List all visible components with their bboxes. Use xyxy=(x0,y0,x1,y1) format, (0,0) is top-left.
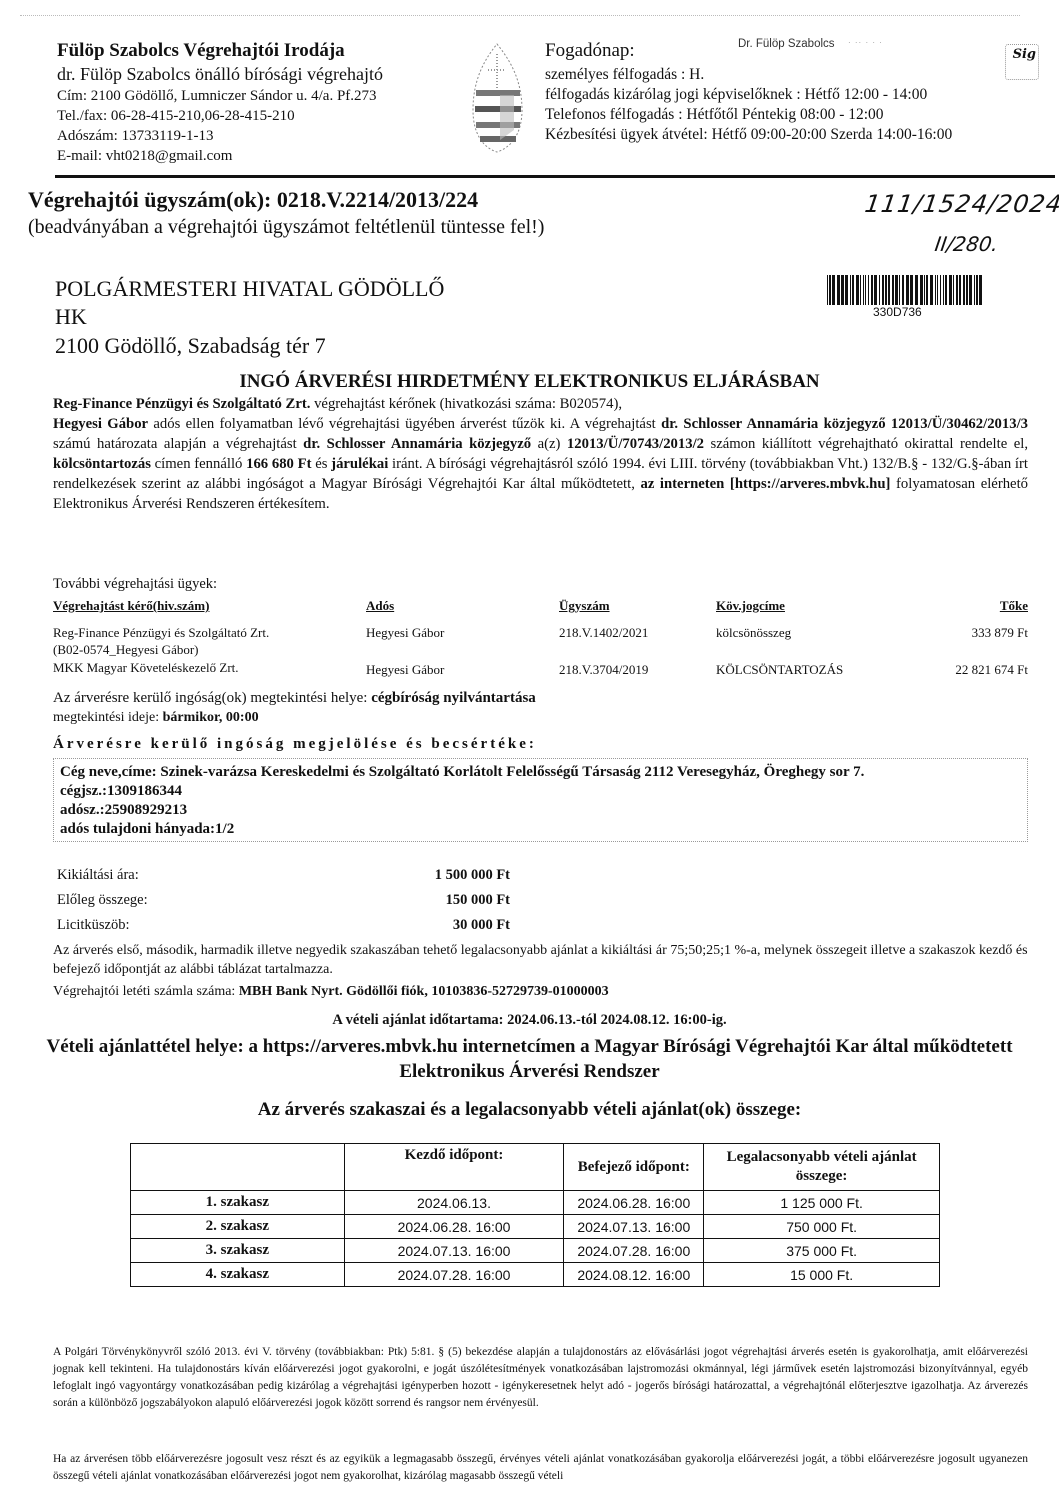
barcode-number: 330D736 xyxy=(873,305,922,319)
inspection-place-label: Az árverésre kerülő ingóság(ok) megtekin… xyxy=(53,690,371,706)
auction-stages-table: Kezdő időpont: Befejező időpont: Legalac… xyxy=(130,1143,940,1287)
stage-row: 1. szakasz2024.06.13.2024.06.28. 16:001 … xyxy=(131,1191,940,1215)
further-cases-title: További végrehajtási ügyek: xyxy=(53,576,217,593)
intro-text: adós ellen folyamatban lévő végrehajtási… xyxy=(148,416,661,432)
case-row-2-legal-title: KÖLCSÖNTARTOZÁS xyxy=(716,662,843,678)
offer-period-value: 2024.06.13.-tól 2024.08.12. 16:00-ig. xyxy=(507,1012,727,1028)
signature-mark: Sig xyxy=(1005,44,1039,80)
escrow-account-label: Végrehajtói letéti számla száma: xyxy=(53,984,239,999)
case-row-1-case-number: 218.V.1402/2021 xyxy=(559,625,648,641)
auction-website-link[interactable]: az interneten [https://arveres.mbvk.hu] xyxy=(640,476,890,492)
item-description-box: Cég neve,címe: Szinek-varázsa Kereskedel… xyxy=(53,758,1028,842)
stage-row: 3. szakasz2024.07.13. 16:002024.07.28. 1… xyxy=(131,1239,940,1263)
stage-name: 3. szakasz xyxy=(131,1239,345,1263)
case-row-1-legal-title: kölcsönösszeg xyxy=(716,625,791,641)
deposit-value: 150 000 Ft xyxy=(320,892,510,909)
claim-type: kölcsöntartozás xyxy=(53,456,151,472)
inspection-place-value: cégbíróság nyilvántartása xyxy=(371,690,536,706)
col-header-creditor: Végrehajtást kérő(hiv.szám) xyxy=(53,598,209,614)
claim-amount: 166 680 Ft xyxy=(246,456,311,472)
office-name: Fülöp Szabolcs Végrehajtói Irodája xyxy=(57,40,345,62)
case-row-1-creditor: Reg-Finance Pénzügyi és Szolgáltató Zrt. xyxy=(53,625,269,641)
stage-name: 1. szakasz xyxy=(131,1191,345,1215)
stage-min-offer: 1 125 000 Ft. xyxy=(704,1191,940,1215)
case-row-2-principal: 22 821 674 Ft xyxy=(890,662,1028,678)
stage-row: 4. szakasz2024.07.28. 16:002024.08.12. 1… xyxy=(131,1263,940,1287)
notary-ref-1: dr. Schlosser Annamária közjegyző 12013/… xyxy=(661,416,1028,432)
reception-title: Fogadónap: xyxy=(545,40,635,62)
item-section-title: Árverésre kerülő ingóság megjelölése és … xyxy=(53,736,537,753)
creditor-name: Reg-Finance Pénzügyi és Szolgáltató Zrt. xyxy=(53,396,310,412)
item-ownership-share: adós tulajdoni hányada:1/2 xyxy=(60,820,1021,839)
item-company-name: Cég neve,címe: Szinek-varázsa Kereskedel… xyxy=(60,763,1021,782)
case-row-1-debtor: Hegyesi Gábor xyxy=(366,625,444,641)
intro-text: számú határozata alapján a végrehajtást xyxy=(53,436,303,452)
office-tax-number: Adószám: 13733119-1-13 xyxy=(57,128,214,145)
footer-preemption-paragraph: A Polgári Törvénykönyvről szóló 2013. év… xyxy=(53,1344,1028,1412)
recipient-name: POLGÁRMESTERI HIVATAL GÖDÖLLŐ xyxy=(55,276,444,302)
header-empty xyxy=(131,1144,345,1191)
inspection-time-label: megtekintési ideje: xyxy=(53,710,163,725)
item-tax-number: adósz.:25908929213 xyxy=(60,801,1021,820)
scan-artifact-line xyxy=(20,15,1020,17)
offer-period-label: A vételi ajánlat időtartama: xyxy=(332,1012,507,1028)
notice-intro-paragraph: Reg-Finance Pénzügyi és Szolgáltató Zrt.… xyxy=(53,394,1028,514)
notary-ref-2: dr. Schlosser Annamária közjegyző xyxy=(303,436,531,452)
stamp-artifact: · ·· · · · xyxy=(848,38,883,47)
stage-end: 2024.07.28. 16:00 xyxy=(564,1239,704,1263)
escrow-account: Végrehajtói letéti számla száma: MBH Ban… xyxy=(53,984,609,1000)
intro-text: végrehajtást kérőnek (hivatkozási száma:… xyxy=(310,396,622,412)
col-header-debtor: Adós xyxy=(366,598,394,614)
stage-min-offer: 15 000 Ft. xyxy=(704,1263,940,1287)
stage-row: 2. szakasz2024.06.28. 16:002024.07.13. 1… xyxy=(131,1215,940,1239)
offer-place: Vételi ajánlattétel helye: a https://arv… xyxy=(20,1034,1039,1084)
col-header-legal-title: Köv.jogcíme xyxy=(716,598,785,614)
reception-line-lawyers: félfogadás kizárólag jogi képviselőknek … xyxy=(545,86,927,104)
handwritten-filing-subnumber: II/280. xyxy=(933,232,999,256)
office-phone-fax: Tel./fax: 06-28-415-210,06-28-415-210 xyxy=(57,108,295,125)
stage-start: 2024.06.28. 16:00 xyxy=(344,1215,564,1239)
stage-end: 2024.07.13. 16:00 xyxy=(564,1215,704,1239)
stage-end: 2024.06.28. 16:00 xyxy=(564,1191,704,1215)
debtor-name: Hegyesi Gábor xyxy=(53,416,148,432)
signature-text: Sig xyxy=(1013,47,1036,62)
claim-accessories: járulékai xyxy=(331,456,388,472)
col-header-principal: Tőke xyxy=(920,598,1028,614)
notice-title: INGÓ ÁRVERÉSI HIRDETMÉNY ELEKTRONIKUS EL… xyxy=(0,371,1059,393)
stage-description: Az árverés első, második, harmadik illet… xyxy=(53,941,1028,979)
stage-end: 2024.08.12. 16:00 xyxy=(564,1263,704,1287)
barcode-icon xyxy=(827,275,985,305)
stage-min-offer: 750 000 Ft. xyxy=(704,1215,940,1239)
intro-text: számon kiállított végrehajtható okiratta… xyxy=(704,436,1028,452)
footer-multiple-preemption-paragraph: Ha az árverésen több előárverezésre jogo… xyxy=(53,1451,1028,1485)
starting-price-label: Kikiáltási ára: xyxy=(57,867,139,884)
case-row-1-principal: 333 879 Ft xyxy=(890,625,1028,641)
header-divider xyxy=(55,175,1055,178)
starting-price-value: 1 500 000 Ft xyxy=(320,867,510,884)
stage-min-offer: 375 000 Ft. xyxy=(704,1239,940,1263)
intro-text: címen fennálló xyxy=(151,456,246,472)
col-header-case-number: Ügyszám xyxy=(559,598,610,614)
reception-line-delivery: Kézbesítési ügyek átvétel: Hétfő 09:00-2… xyxy=(545,126,952,144)
stage-start: 2024.07.13. 16:00 xyxy=(344,1239,564,1263)
office-address: Cím: 2100 Gödöllő, Lumniczer Sándor u. 4… xyxy=(57,88,377,105)
stamp-name: Dr. Fülöp Szabolcs xyxy=(738,38,835,50)
stage-start: 2024.06.13. xyxy=(344,1191,564,1215)
intro-text: és xyxy=(311,456,331,472)
recipient-address: 2100 Gödöllő, Szabadság tér 7 xyxy=(55,333,326,359)
stages-title: Az árverés szakaszai és a legalacsonyabb… xyxy=(0,1099,1059,1121)
case-row-2-creditor: MKK Magyar Követeléskezelő Zrt. xyxy=(53,660,239,676)
item-company-reg-number: cégjsz.:1309186344 xyxy=(60,782,1021,801)
reception-line-personal: személyes félfogadás : H. xyxy=(545,66,704,84)
stage-start: 2024.07.28. 16:00 xyxy=(344,1263,564,1287)
case-row-1-creditor-ref: (B02-0574_Hegyesi Gábor) xyxy=(53,642,199,658)
header-min-offer: Legalacsonyabb vételi ajánlat összege: xyxy=(704,1144,940,1191)
escrow-account-value: MBH Bank Nyrt. Gödöllői fiók, 10103836-5… xyxy=(239,984,609,999)
stage-name: 2. szakasz xyxy=(131,1215,345,1239)
inspection-time: megtekintési ideje: bármikor, 00:00 xyxy=(53,710,259,726)
bid-increment-label: Licitküszöb: xyxy=(57,917,130,934)
recipient-department: HK xyxy=(55,304,87,330)
document-number: 12013/Ü/70743/2013/2 xyxy=(567,436,704,452)
office-email: E-mail: vht0218@gmail.com xyxy=(57,148,232,165)
case-row-2-case-number: 218.V.3704/2019 xyxy=(559,662,648,678)
header-end-time: Befejező időpont: xyxy=(564,1144,704,1191)
stage-name: 4. szakasz xyxy=(131,1263,345,1287)
intro-text: a(z) xyxy=(531,436,567,452)
case-row-2-debtor: Hegyesi Gábor xyxy=(366,662,444,678)
office-subtitle: dr. Fülöp Szabolcs önálló bírósági végre… xyxy=(57,64,383,85)
inspection-place: Az árverésre kerülő ingóság(ok) megtekin… xyxy=(53,690,536,707)
inspection-time-value: bármikor, 00:00 xyxy=(163,710,259,725)
hungarian-coat-of-arms-icon xyxy=(470,40,525,155)
deposit-label: Előleg összege: xyxy=(57,892,148,909)
bid-increment-value: 30 000 Ft xyxy=(320,917,510,934)
case-number: Végrehajtói ügyszám(ok): 0218.V.2214/201… xyxy=(28,187,478,213)
handwritten-filing-number: 111/1524/2024. xyxy=(863,190,1059,218)
offer-period: A vételi ajánlat időtartama: 2024.06.13.… xyxy=(0,1012,1059,1029)
stage-table-header: Kezdő időpont: Befejező időpont: Legalac… xyxy=(131,1144,940,1191)
header-start-time: Kezdő időpont: xyxy=(344,1144,564,1191)
reception-line-phone: Telefonos félfogadás : Hétfőtől Péntekig… xyxy=(545,106,884,124)
case-number-note: (beadványában a végrehajtói ügyszámot fe… xyxy=(28,216,544,239)
